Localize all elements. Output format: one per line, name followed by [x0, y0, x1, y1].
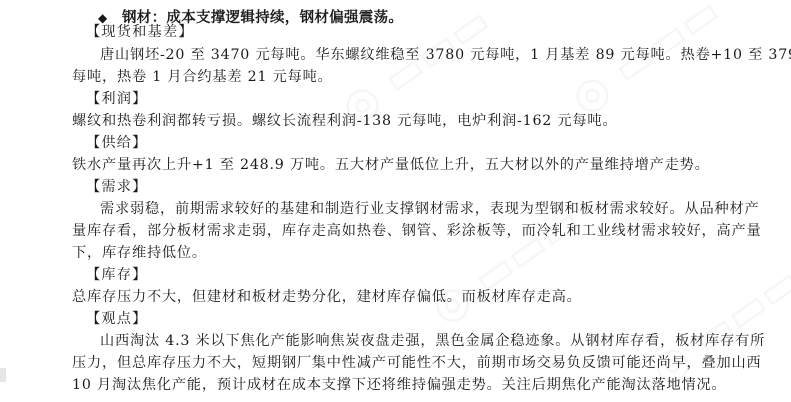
paragraph-line: 下，库存维持低位。 — [72, 243, 207, 263]
scrollbar-marker — [0, 368, 6, 382]
paragraph-line: 螺纹和热卷利润都转亏损。螺纹长流程利润-138 元每吨，电炉利润-162 元每吨… — [72, 111, 617, 131]
label-supply: 【供给】 — [86, 133, 148, 153]
paragraph-line: 量库存看，部分板材需求走弱，库存走高如热卷、钢管、彩涂板等，而冷轧和工业线材需求… — [72, 221, 761, 241]
paragraph-line: 每吨，热卷 1 月合约基差 21 元每吨。 — [72, 67, 333, 87]
paragraph-line: 压力，但总库存压力不大，短期钢厂集中性减产可能性不大，前期市场交易负反馈可能还尚… — [72, 353, 761, 373]
paragraph-line: 山西淘汰 4.3 米以下焦化产能影响焦炭夜盘走强，黑色金属企稳迹象。从钢材库存看… — [100, 331, 765, 351]
paragraph-line: 需求弱稳，前期需求较好的基建和制造行业支撑钢材需求，表现为型钢和板材需求较好。从… — [100, 199, 759, 219]
paragraph-line: 铁水产量再次上升+1 至 248.9 万吨。五大材产量低位上升，五大材以外的产量… — [72, 155, 710, 175]
label-demand: 【需求】 — [86, 177, 148, 197]
label-spot-basis: 【现货和基差】 — [86, 22, 194, 42]
label-inventory: 【库存】 — [86, 265, 148, 285]
label-outlook: 【观点】 — [86, 309, 148, 329]
paragraph-line: 总库存压力不大，但建材和板材走势分化，建材库存偏低。而板材库存走高。 — [72, 287, 582, 307]
paragraph-line: 唐山钢坯-20 至 3470 元每吨。华东螺纹维稳至 3780 元每吨，1 月基… — [100, 45, 791, 65]
label-profit: 【利润】 — [86, 89, 148, 109]
paragraph-line: 10 月淘汰焦化产能，预计成材在成本支撑下还将维持偏强走势。关注后期焦化产能淘汰… — [72, 375, 726, 395]
